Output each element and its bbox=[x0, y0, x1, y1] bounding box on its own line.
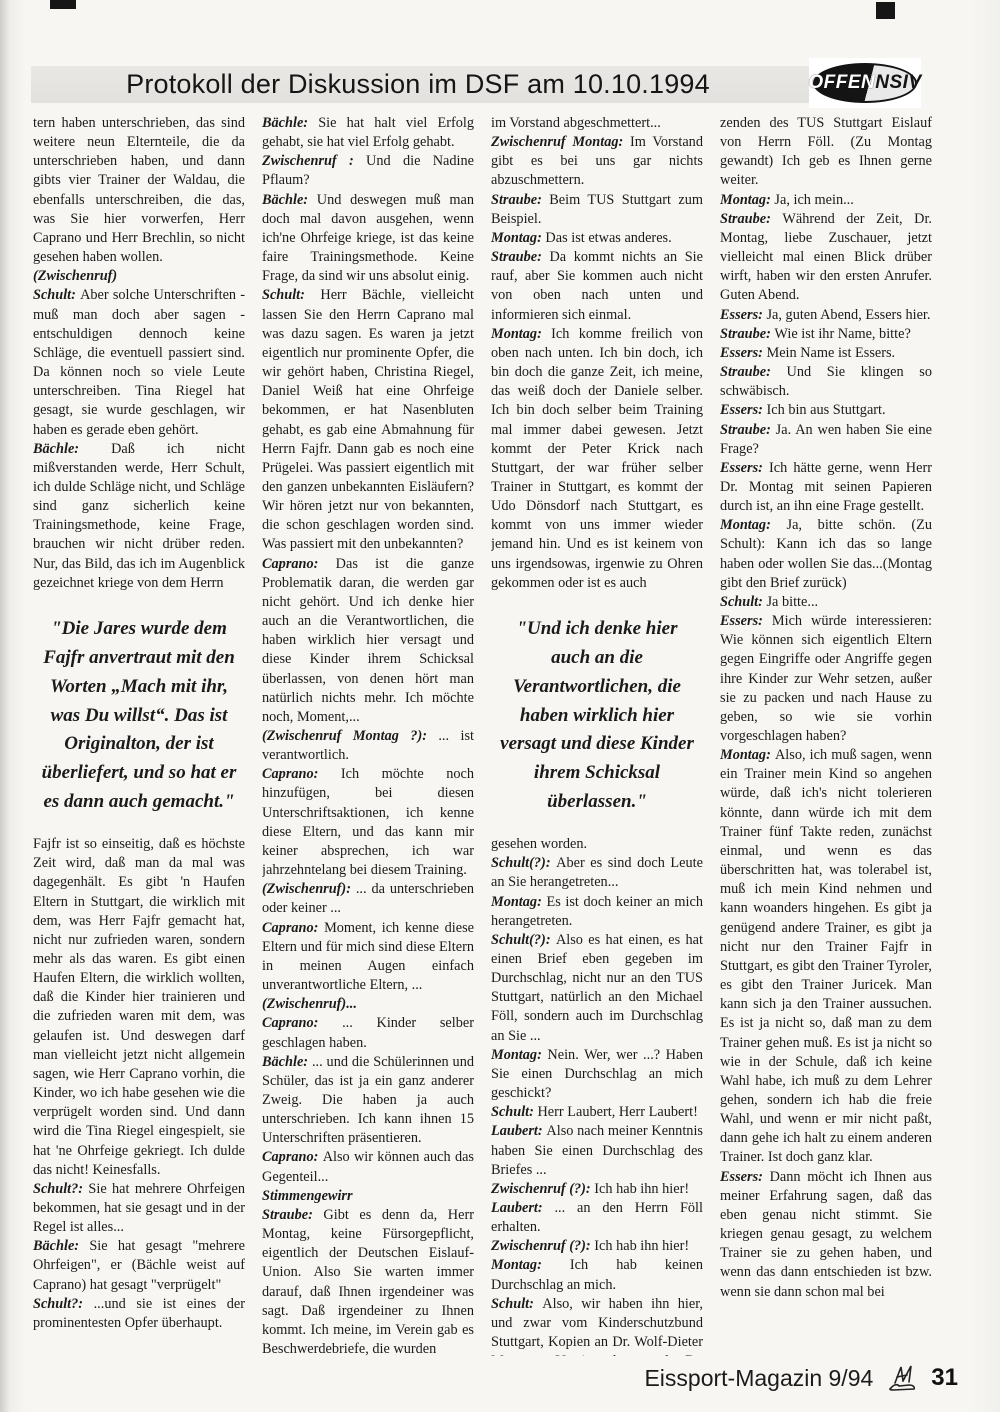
speech-paragraph: Essers: Ich bin aus Stuttgart. bbox=[720, 401, 932, 420]
column-2: Bächle: Sie hat halt viel Erfolg gehabt,… bbox=[262, 114, 474, 1356]
wing-skate-icon bbox=[885, 1363, 919, 1393]
speech-paragraph: Caprano: ... Kinder selber geschlagen ha… bbox=[262, 1014, 474, 1052]
speech-paragraph: Straube: Beim TUS Stuttgart zum Beispiel… bbox=[491, 191, 703, 229]
page-number: 31 bbox=[931, 1364, 958, 1392]
speech-paragraph: Caprano: Das ist die ganze Problematik d… bbox=[262, 555, 474, 727]
speech-paragraph: Schult(?): Aber es sind doch Leute an Si… bbox=[491, 854, 703, 892]
speech-paragraph: Montag: Ich komme freilich von oben nach… bbox=[491, 325, 703, 593]
speech-paragraph: Montag: Ja, bitte schön. (Zu Schult): Ka… bbox=[720, 516, 932, 593]
speech-paragraph: (Zwischenruf Montag ?): ... ist verantwo… bbox=[262, 727, 474, 765]
speech-paragraph: Schult?: Sie hat mehrere Ohrfeigen bekom… bbox=[33, 1180, 245, 1237]
logo-text-right: NSIV bbox=[875, 72, 921, 94]
speech-paragraph: Montag: Ich hab keinen Durchschlag an mi… bbox=[491, 1256, 703, 1294]
stage-direction: (Zwischenruf)... bbox=[262, 995, 474, 1014]
speech-paragraph: Schult: Herr Laubert, Herr Laubert! bbox=[491, 1103, 703, 1122]
pull-quote: "Die Jares wurde dem Fajfr anvertraut mi… bbox=[37, 615, 241, 817]
page-header: Protokoll der Diskussion im DSF am 10.10… bbox=[31, 62, 915, 104]
speech-paragraph: Montag: Ja, ich mein... bbox=[720, 191, 932, 210]
speech-paragraph: Essers: Ich hätte gerne, wenn Herr Dr. M… bbox=[720, 459, 932, 516]
speech-paragraph: Essers: Dann möcht ich Ihnen aus meiner … bbox=[720, 1168, 932, 1302]
speech-paragraph: Essers: Mein Name ist Essers. bbox=[720, 344, 932, 363]
speech-paragraph: Schult: Herr Bächle, vielleicht lassen S… bbox=[262, 286, 474, 554]
speech-paragraph: Zwischenruf Montag: Im Vorstand gibt es … bbox=[491, 133, 703, 190]
page-footer: Eissport-Magazin 9/94 31 bbox=[0, 1358, 958, 1398]
speech-paragraph: Montag: Es ist doch keiner an mich heran… bbox=[491, 893, 703, 931]
speech-paragraph: Laubert: Also nach meiner Kenntnis haben… bbox=[491, 1122, 703, 1179]
speech-paragraph: im Vorstand abgeschmettert... bbox=[491, 114, 703, 133]
article-columns: tern haben unterschrieben, das sind weit… bbox=[33, 114, 932, 1356]
column-4: zenden des TUS Stuttgart Eislauf von Her… bbox=[720, 114, 932, 1356]
speech-paragraph: zenden des TUS Stuttgart Eislauf von Her… bbox=[720, 114, 932, 191]
page-title: Protokoll der Diskussion im DSF am 10.10… bbox=[126, 69, 710, 100]
column-1: tern haben unterschrieben, das sind weit… bbox=[33, 114, 245, 1356]
speech-paragraph: Schult?: ...und sie ist eines der promin… bbox=[33, 1295, 245, 1333]
speech-paragraph: Bächle: Und deswegen muß man doch mal da… bbox=[262, 191, 474, 287]
speech-paragraph: Bächle: Daß ich nicht mißverstanden werd… bbox=[33, 440, 245, 593]
speech-paragraph: Schult(?): Also es hat einen, es hat ein… bbox=[491, 931, 703, 1046]
speech-paragraph: Bächle: ... und die Schülerinnen und Sch… bbox=[262, 1053, 474, 1149]
speech-paragraph: Straube: Gibt es denn da, Herr Montag, k… bbox=[262, 1206, 474, 1356]
speech-paragraph: Caprano: Also wir können auch das Gegent… bbox=[262, 1148, 474, 1186]
stage-direction: Stimmengewirr bbox=[262, 1187, 474, 1206]
speech-paragraph: Montag: Nein. Wer, wer ...? Haben Sie ei… bbox=[491, 1046, 703, 1103]
speech-paragraph: Laubert: ... an den Herrn Föll erhalten. bbox=[491, 1199, 703, 1237]
speech-paragraph: Caprano: Moment, ich kenne diese Eltern … bbox=[262, 919, 474, 996]
logo-text-left: OFFEN bbox=[808, 72, 875, 94]
magazine-name: Eissport-Magazin 9/94 bbox=[644, 1365, 873, 1392]
speech-paragraph: Bächle: Sie hat halt viel Erfolg gehabt,… bbox=[262, 114, 474, 152]
speech-paragraph: Zwischenruf (?): Ich hab ihn hier! bbox=[491, 1180, 703, 1199]
column-3: im Vorstand abgeschmettert...Zwischenruf… bbox=[491, 114, 703, 1356]
speech-paragraph: Zwischenruf : Und die Nadine Pflaum? bbox=[262, 152, 474, 190]
speech-paragraph: Bächle: Sie hat gesagt "mehrere Ohrfeige… bbox=[33, 1237, 245, 1294]
magazine-page: { "header": { "title": "Protokoll der Di… bbox=[0, 0, 1000, 1412]
speech-paragraph: Straube: Und Sie klingen so schwäbisch. bbox=[720, 363, 932, 401]
header-band: Protokoll der Diskussion im DSF am 10.10… bbox=[31, 66, 915, 102]
speech-paragraph: Essers: Ja, guten Abend, Essers hier. bbox=[720, 306, 932, 325]
speech-paragraph: tern haben unterschrieben, das sind weit… bbox=[33, 114, 245, 267]
offensiv-logo-oval: OFFENNSIV bbox=[813, 63, 917, 103]
speech-paragraph: Montag: Das ist etwas anderes. bbox=[491, 229, 703, 248]
speech-paragraph: Schult: Also, wir haben ihn hier, und zw… bbox=[491, 1295, 703, 1356]
speech-paragraph: Straube: Wie ist ihr Name, bitte? bbox=[720, 325, 932, 344]
speech-paragraph: Straube: Ja. An wen haben Sie eine Frage… bbox=[720, 421, 932, 459]
speech-paragraph: Straube: Während der Zeit, Dr. Montag, l… bbox=[720, 210, 932, 306]
scan-mark bbox=[50, 0, 76, 9]
speech-paragraph: Straube: Da kommt nichts an Sie rauf, ab… bbox=[491, 248, 703, 325]
pull-quote: "Und ich denke hier auch an die Verantwo… bbox=[495, 615, 699, 817]
speech-paragraph: Fajfr ist so einseitig, daß es höchste Z… bbox=[33, 835, 245, 1180]
speech-paragraph: Schult: Ja bitte... bbox=[720, 593, 932, 612]
scan-mark bbox=[876, 2, 895, 19]
speech-paragraph: (Zwischenruf): ... da unterschrieben ode… bbox=[262, 880, 474, 918]
offensiv-logo: OFFENNSIV bbox=[809, 58, 921, 108]
speech-paragraph: Essers: Mich würde interessieren: Wie kö… bbox=[720, 612, 932, 746]
speech-paragraph: Montag: Also, ich muß sagen, wenn ein Tr… bbox=[720, 746, 932, 1167]
stage-direction: (Zwischenruf) bbox=[33, 267, 245, 286]
speech-paragraph: Schult: Aber solche Unterschriften - muß… bbox=[33, 286, 245, 439]
speech-paragraph: gesehen worden. bbox=[491, 835, 703, 854]
speech-paragraph: Zwischenruf (?): Ich hab ihn hier! bbox=[491, 1237, 703, 1256]
speech-paragraph: Caprano: Ich möchte noch hinzufügen, bei… bbox=[262, 765, 474, 880]
